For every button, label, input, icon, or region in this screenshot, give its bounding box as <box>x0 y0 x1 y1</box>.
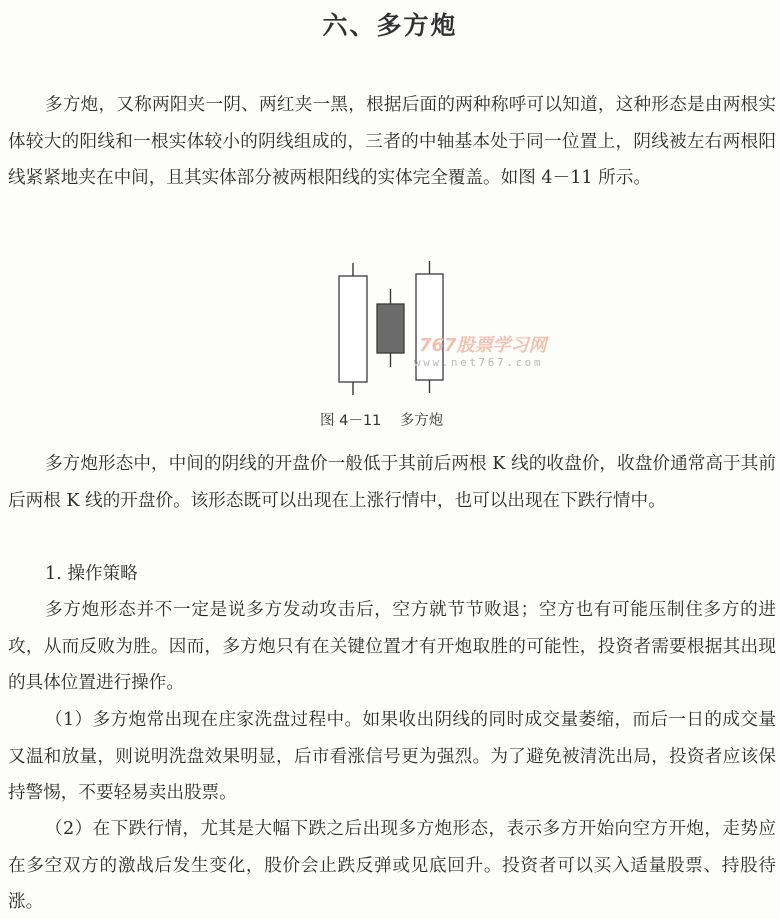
subheading-strategy: 1. 操作策略 <box>45 556 138 592</box>
watermark-url: www.net767.com <box>414 356 543 369</box>
candlestick-group <box>339 261 443 395</box>
paragraph-pattern-detail: 多方炮形态中，中间的阴线的开盘价一般低于其前后两根 K 线的收盘价，收盘价通常高… <box>8 446 776 519</box>
paragraph-strategy-1: （1）多方炮常出现在庄家洗盘过程中。如果收出阴线的同时成交量萎缩，而后一日的成交… <box>8 702 776 812</box>
figure-caption: 图 4－11 多方炮 <box>320 409 443 430</box>
paragraph-strategy-2: （2）在下跌行情，尤其是大幅下跌之后出现多方炮形态，表示多方开始向空方开炮，走势… <box>8 811 776 919</box>
candle-bearish <box>377 289 404 367</box>
watermark-brand: 767股票学习网 <box>419 331 547 357</box>
candlestick-figure <box>0 0 780 440</box>
section-title: 六、多方炮 <box>0 6 780 42</box>
paragraph-definition: 多方炮，又称两阳夹一阴、两红夹一黑，根据后面的两种称呼可以知道，这种形态是由两根… <box>8 87 776 197</box>
paragraph-strategy-intro: 多方炮形态并不一定是说多方发动攻击后，空方就节节败退；空方也有可能压制住多方的进… <box>8 592 776 702</box>
candle-bullish <box>416 261 443 393</box>
candle-bullish <box>339 263 367 395</box>
